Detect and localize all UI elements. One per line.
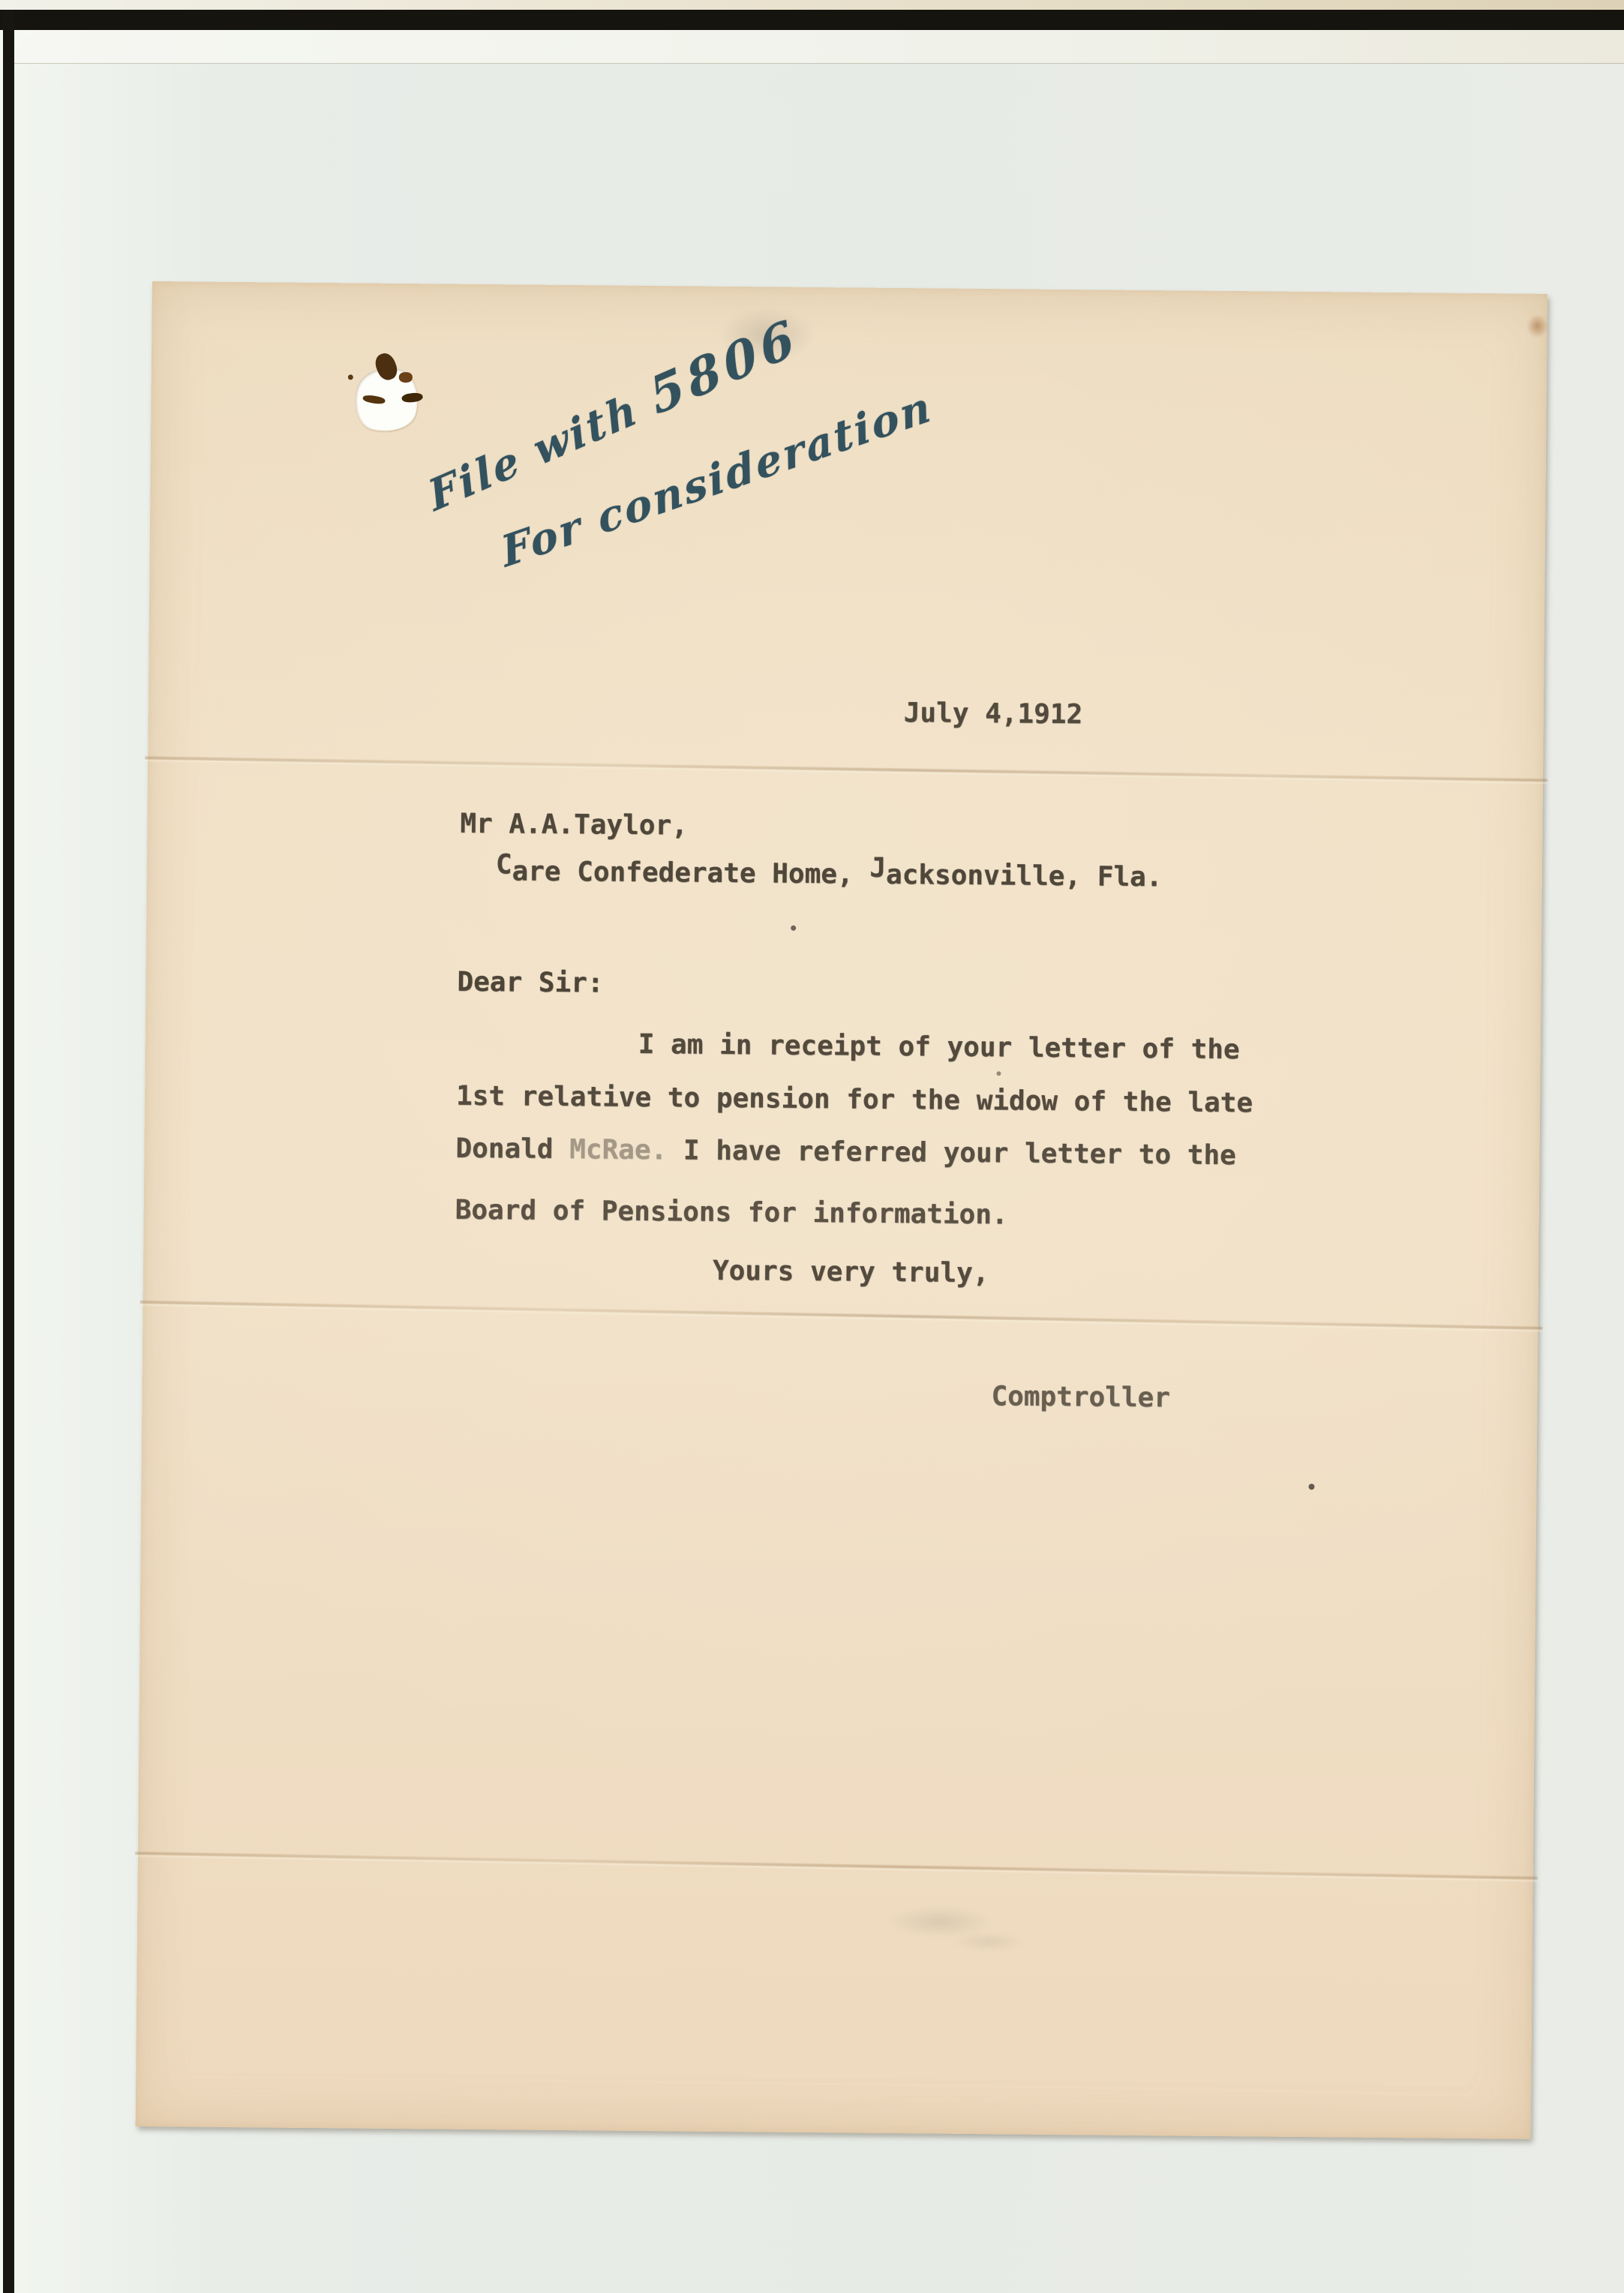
body-line-4: Board of Pensions for information. [455, 1195, 1008, 1232]
letter-paper: File with 5806 For consideration July 4,… [136, 281, 1547, 2139]
scanned-letter-screenshot: File with 5806 For consideration July 4,… [0, 0, 1624, 2293]
address-care-text: are Confederate Home, [512, 856, 869, 890]
closing-line: Yours very truly, [713, 1256, 989, 1289]
signature-title: Comptroller [991, 1381, 1170, 1414]
scanner-edge-left [3, 10, 14, 2293]
corner-stain [1523, 311, 1551, 342]
address-city-text: acksonville, Fla. [886, 860, 1163, 893]
body-line-3: Donald McRae. I have referred your lette… [455, 1133, 1236, 1172]
body-line-1: I am in receipt of your letter of the [638, 1029, 1240, 1066]
fold-crease-middle [140, 1301, 1543, 1330]
stray-ink-dot [791, 926, 796, 931]
body-line-3-start: Donald [455, 1133, 569, 1165]
scanner-edge-top [0, 10, 1624, 30]
stray-ink-dot [1308, 1484, 1314, 1490]
raised-letter-j: J [869, 853, 886, 884]
body-line-2: 1st relative to pension for the widow of… [456, 1081, 1253, 1120]
debris-speck [401, 392, 423, 404]
debris-speck [348, 374, 353, 380]
body-line-3-faded-name: McRae. [569, 1134, 667, 1166]
ink-smudge [940, 1928, 1037, 1955]
fold-crease-bottom [135, 1852, 1538, 1880]
fold-crease-top [145, 756, 1547, 782]
scanner-top-strip [0, 0, 1624, 10]
raised-letter-c: C [496, 849, 512, 880]
date-line: July 4,1912 [904, 698, 1083, 731]
backing-sheet-top-edge [14, 30, 1624, 64]
stray-ink-dot [996, 1071, 1001, 1076]
salutation-line: Dear Sir: [457, 967, 603, 1000]
body-line-3-rest: I have referred your letter to the [667, 1135, 1236, 1171]
recipient-name-line: Mr A.A.Taylor, [460, 809, 688, 842]
debris-speck [399, 372, 413, 383]
recipient-address-line: Care Confederate Home, Jacksonville, Fla… [496, 856, 1163, 893]
